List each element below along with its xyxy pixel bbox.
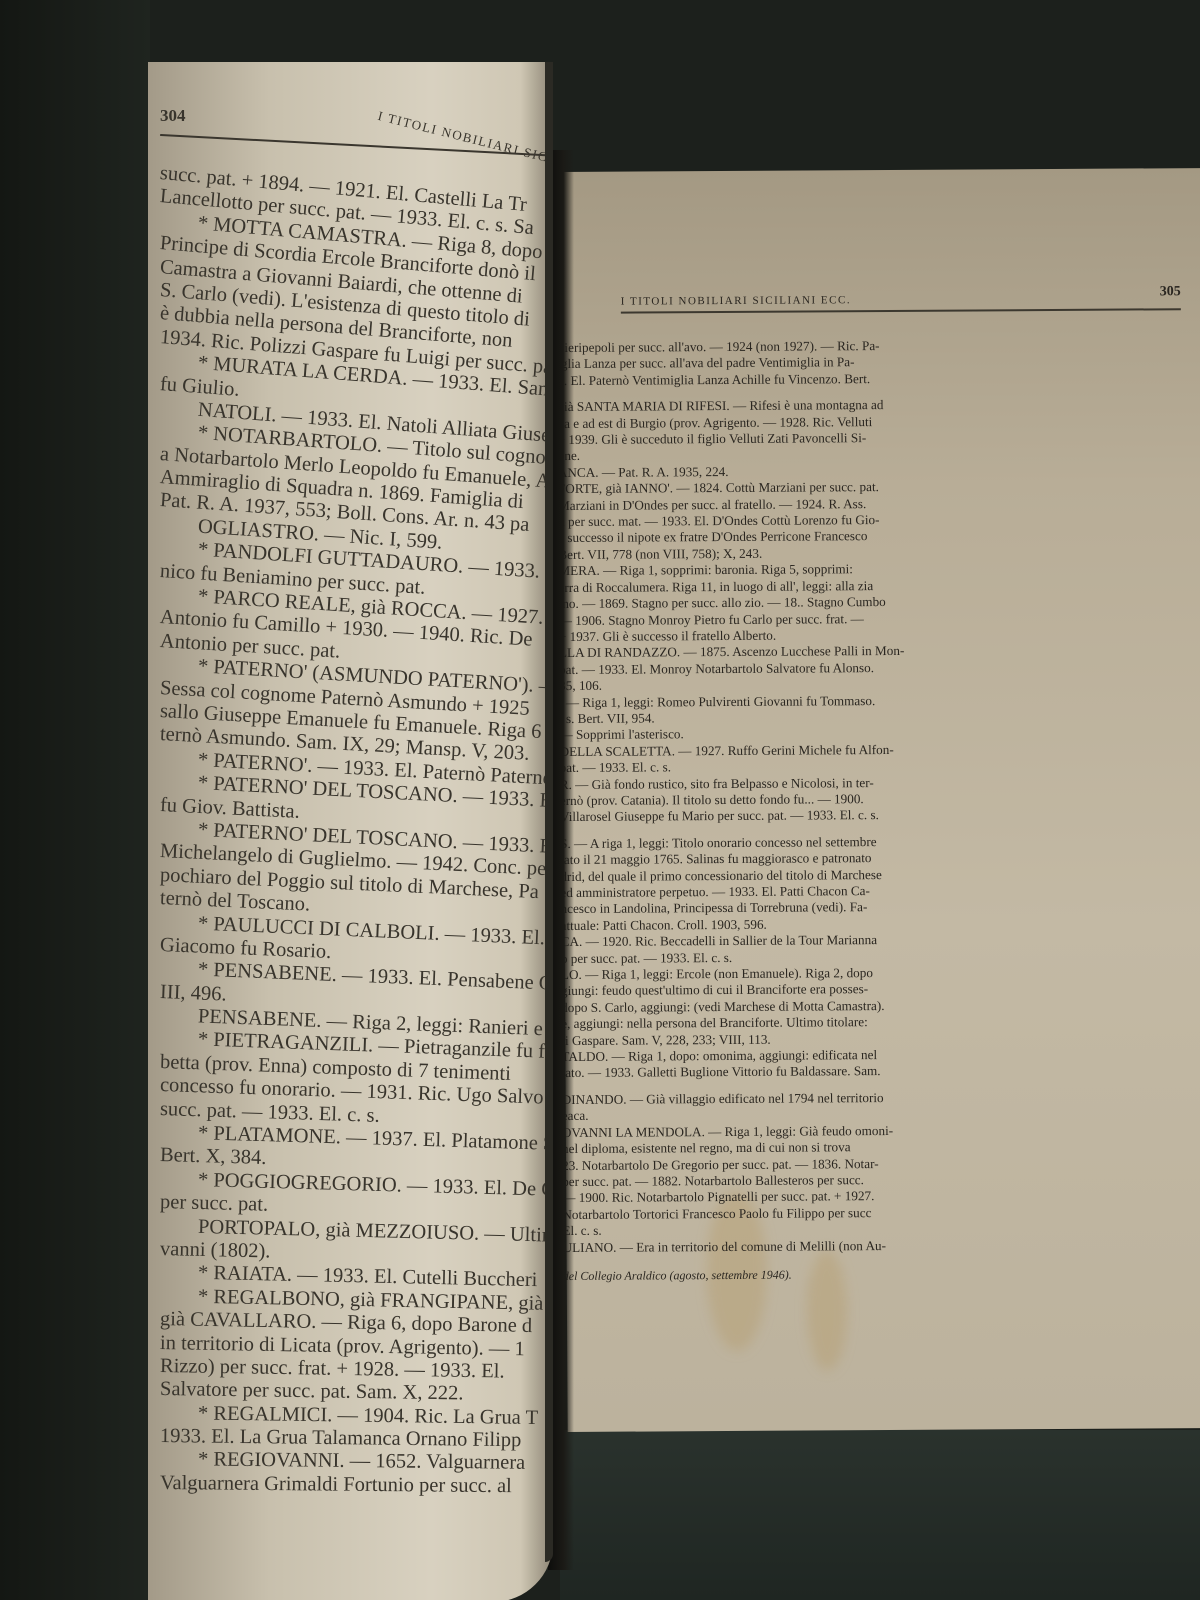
page-number: 305 (1160, 284, 1181, 300)
page-number: 304 (160, 106, 186, 126)
background-left (0, 0, 150, 1600)
page-edge (545, 62, 553, 1562)
right-page: I TITOLI NOBILIARI SICILIANI ECC. 305 Si… (560, 168, 1200, 1432)
left-page-header: 304 I TITOLI NOBILIARI SICILIANI (160, 106, 553, 134)
right-page-header: I TITOLI NOBILIARI SICILIANI ECC. 305 (621, 286, 1181, 313)
footer-note: del Collegio Araldico (agosto, settembre… (563, 1264, 1195, 1284)
text-line: ULIANO. — Era in territorio del comune d… (563, 1236, 1195, 1256)
table-surface (560, 1430, 1200, 1600)
left-page: 304 I TITOLI NOBILIARI SICILIANI succ. p… (148, 62, 553, 1600)
text-line: Valguarnera Grimaldi Fortunio per succ. … (160, 1472, 553, 1500)
running-head: I TITOLI NOBILIARI SICILIANI ECC. (621, 294, 851, 307)
left-page-body: succ. pat. + 1894. — 1921. El. Castelli … (160, 162, 553, 1495)
right-page-body: Sieripepoli per succ. all'avo. — 1924 (n… (557, 336, 1195, 1284)
